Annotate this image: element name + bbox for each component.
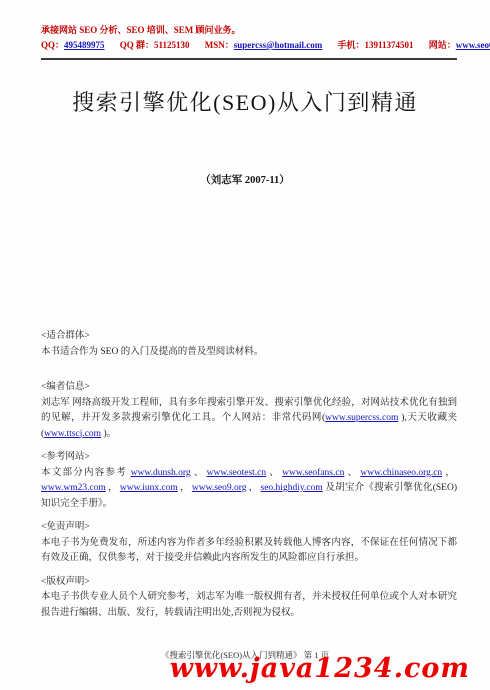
ref-link-wm23[interactable]: www.wm23.com: [41, 483, 106, 493]
msn-label: MSN：: [205, 40, 234, 50]
section-body: 本电子书为免费发布，所述内容为作者多年经验积累及转载他人博客内容，不保证在任何情…: [41, 536, 457, 567]
qq-contact: QQ：495489975: [41, 40, 105, 50]
qq-link[interactable]: 495489975: [64, 40, 105, 50]
author-text: )。: [101, 429, 116, 439]
ref-link-iunx[interactable]: www.iunx.com: [120, 483, 178, 493]
msn-contact: MSN：supercss@hotmail.com: [205, 40, 322, 50]
supercss-link[interactable]: www.supercss.com: [325, 413, 398, 423]
ref-link-dunsh[interactable]: www.dunsh.org: [131, 468, 191, 478]
section-heading: <免责声明>: [41, 520, 457, 536]
section-heading: <参考网站>: [41, 450, 457, 466]
site-label: 网站：: [429, 40, 456, 50]
ref-separator: ，: [180, 483, 190, 493]
section-heading: <编者信息>: [41, 380, 457, 396]
site-contact: 网站：www.seo007.com: [429, 40, 490, 50]
ref-separator: ，: [248, 483, 258, 493]
ref-separator: ，: [444, 468, 455, 478]
section-disclaimer: <免责声明> 本电子书为免费发布，所述内容为作者多年经验积累及转载他人博客内容，…: [41, 520, 457, 567]
header: 承接网站 SEO 分析、SEO 培训、SEM 顾问业务。 QQ：49548997…: [41, 23, 457, 53]
watermark: www.java1234.com: [170, 653, 470, 684]
ref-link-chinaseo[interactable]: www.chinaseo.org.cn: [360, 468, 442, 478]
section-author-info: <编者信息> 刘志军 网络高级开发工程师，具有多年搜索引擎开发、搜索引擎优化经验…: [41, 380, 457, 442]
section-audience: <适合群体> 本书适合作为 SEO 的入门及提高的普及型阅读材料。: [41, 329, 457, 360]
section-body: 本电子书供专业人员个人研究参考，刘志军为唯一版权拥有者，并未授权任何单位或个人对…: [41, 590, 457, 621]
mobile-number: 手机：13911374501: [337, 40, 413, 50]
msn-link[interactable]: supercss@hotmail.com: [234, 40, 322, 50]
refs-intro: 本文部分内容参考: [41, 468, 131, 478]
ref-link-seo9[interactable]: www.seo9.org: [192, 483, 247, 493]
ref-separator: ，: [108, 483, 118, 493]
ref-separator: 、: [268, 468, 280, 478]
ref-separator: 、: [346, 468, 358, 478]
section-body: 刘志军 网络高级开发工程师，具有多年搜索引擎开发、搜索引擎优化经验，对网站技术优…: [41, 396, 457, 443]
header-divider: [41, 58, 457, 60]
ref-link-highdiy[interactable]: seo.highdiy.com: [261, 483, 323, 493]
qq-group: QQ 群：51125130: [120, 40, 190, 50]
ttscj-link[interactable]: www.ttscj.com: [44, 429, 101, 439]
seo007-link[interactable]: www.seo007.com: [456, 40, 490, 50]
byline: （刘志军 2007-11）: [0, 172, 490, 187]
ref-separator: 、: [193, 468, 205, 478]
section-body: 本文部分内容参考 www.dunsh.org、www.seotest.cn、ww…: [41, 466, 457, 513]
section-heading: <版权声明>: [41, 575, 457, 591]
document-page: 承接网站 SEO 分析、SEO 培训、SEM 顾问业务。 QQ：49548997…: [0, 0, 490, 690]
page-title: 搜索引擎优化(SEO)从入门到精通: [0, 86, 490, 117]
section-heading: <适合群体>: [41, 329, 457, 345]
ref-link-seotest[interactable]: www.seotest.cn: [207, 468, 267, 478]
header-contacts-line: QQ：495489975 QQ 群：51125130 MSN：supercss@…: [41, 38, 457, 53]
header-services-line: 承接网站 SEO 分析、SEO 培训、SEM 顾问业务。: [41, 23, 457, 38]
qq-label: QQ：: [41, 40, 64, 50]
section-copyright: <版权声明> 本电子书供专业人员个人研究参考，刘志军为唯一版权拥有者，并未授权任…: [41, 575, 457, 622]
content: <适合群体> 本书适合作为 SEO 的入门及提高的普及型阅读材料。 <编者信息>…: [41, 329, 457, 629]
ref-link-seofans[interactable]: www.seofans.cn: [282, 468, 344, 478]
section-body: 本书适合作为 SEO 的入门及提高的普及型阅读材料。: [41, 345, 457, 361]
section-references: <参考网站> 本文部分内容参考 www.dunsh.org、www.seotes…: [41, 450, 457, 512]
